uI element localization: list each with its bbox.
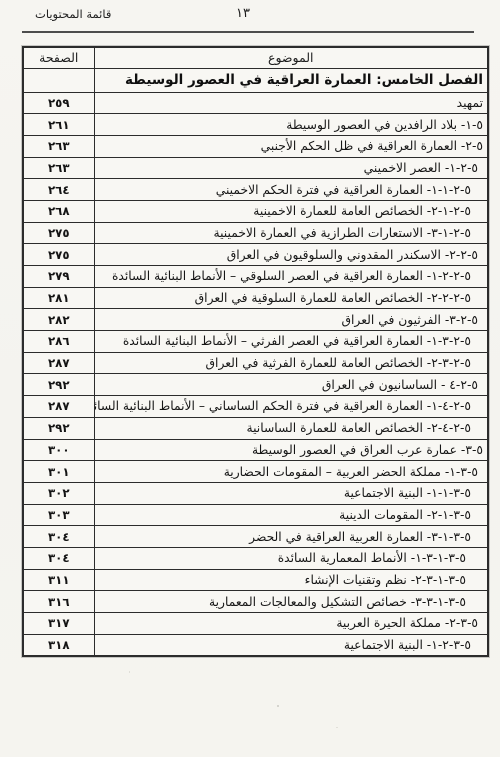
toc-entry-page: ٣١٧	[23, 613, 94, 635]
toc-entry-title: ٥-٣- عمارة عرب العراق في العصور الوسيطة	[94, 439, 488, 461]
toc-entry-page: ٣٠٤	[23, 526, 94, 548]
toc-row: ٥-٣- عمارة عرب العراق في العصور الوسيطة …	[23, 439, 488, 461]
scan-speck	[277, 705, 279, 707]
toc-row: ٥-٢-٢-١- العمارة العراقية في العصر السلو…	[23, 266, 488, 288]
running-title: قائمة المحتويات	[35, 7, 111, 21]
toc-row: ٥-٢- العمارة العراقية في ظل الحكم الأجنب…	[23, 135, 488, 157]
chapter-heading: الفصل الخامس: العمارة العراقية في العصور…	[94, 68, 488, 92]
toc-row: ٥-٢-١- العصر الاخميني ٢٦٣	[23, 157, 488, 179]
toc-entry-title: ٥-٣-١-٣- العمارة العربية العراقية في الح…	[94, 526, 488, 548]
toc-entry-page: ٢٦٨	[23, 200, 94, 222]
folio-page-number: ١٣	[236, 6, 250, 21]
toc-entry-page: ٢٧٩	[23, 266, 94, 288]
toc-entry-page: ٢٩٢	[23, 374, 94, 396]
toc-row: ٥-٢-٢- الاسكندر المقدوني والسلوقيون في ا…	[23, 244, 488, 266]
toc-row: ٥-٢-١-٢- الخصائص العامة للعمارة الاخميني…	[23, 200, 488, 222]
page-column-header: الصفحة	[23, 47, 94, 68]
toc-table: الموضوع الصفحة الفصل الخامس: العمارة الع…	[22, 46, 489, 657]
toc-entry-title: ٥-٣-١-٢- المقومات الدينية	[94, 504, 488, 526]
toc-entry-page: ٢٩٢	[23, 417, 94, 439]
toc-entry-title: ٥-٢-١-٣- الاستعارات الطرازية في العمارة …	[94, 222, 488, 244]
toc-entry-title: ٥-٢-٣-١- العمارة العراقية في العصر الفرث…	[94, 331, 488, 353]
toc-row: ٥-٣-١-٣-١- الأنماط المعمارية السائدة ٣٠٤	[23, 547, 488, 569]
toc-entry-title: ٥-٢-٣-٢- الخصائص العامة للعمارة الفرثية …	[94, 352, 488, 374]
toc-entry-page: ٣٠٤	[23, 547, 94, 569]
toc-row: ٥-٢-١-١- العمارة العراقية في فترة الحكم …	[23, 179, 488, 201]
toc-entry-page: ٣١٨	[23, 634, 94, 656]
toc-entry-title: تمهيد	[94, 92, 488, 114]
toc-entry-title: ٥-٣-١-٣-٢- نظم وتقنيات الإنشاء	[94, 569, 488, 591]
toc-row: ٥-٢-٤ - الساسانيون في العراق ٢٩٢	[23, 374, 488, 396]
toc-entry-page: ٢٧٥	[23, 244, 94, 266]
subject-column-header: الموضوع	[94, 47, 488, 68]
toc-entry-page: ٣١١	[23, 569, 94, 591]
toc-entry-title: ٥-٢-٢- الاسكندر المقدوني والسلوقيون في ا…	[94, 244, 488, 266]
toc-entry-page: ٢٨١	[23, 287, 94, 309]
toc-row: ٥-١- بلاد الرافدين في العصور الوسيطة ٢٦١	[23, 114, 488, 136]
toc-entry-page: ٢٦١	[23, 114, 94, 136]
toc-entry-page: ٣٠٣	[23, 504, 94, 526]
toc-entry-page: ٢٦٣	[23, 157, 94, 179]
toc-entry-title: ٥-٢-١-١- العمارة العراقية في فترة الحكم …	[94, 179, 488, 201]
toc-entry-title: ٥-٢- العمارة العراقية في ظل الحكم الأجنب…	[94, 135, 488, 157]
toc-row: ٥-٣-١-٣- العمارة العربية العراقية في الح…	[23, 526, 488, 548]
toc-row: ٥-٣-١-٢- المقومات الدينية ٣٠٣	[23, 504, 488, 526]
toc-row: ٥-٣-١-٣-٢- نظم وتقنيات الإنشاء ٣١١	[23, 569, 488, 591]
toc-entry-title: ٥-٢-٤-٢- الخصائص العامة للعمارة الساساني…	[94, 417, 488, 439]
toc-entry-title: ٥-٢-٤ - الساسانيون في العراق	[94, 374, 488, 396]
toc-row: ٥-٢-٤-١- العمارة العراقية في فترة الحكم …	[23, 396, 488, 418]
toc-entry-page: ٢٥٩	[23, 92, 94, 114]
scan-speck	[336, 727, 338, 728]
toc-row: ٥-٢-٢-٢- الخصائص العامة للعمارة السلوقية…	[23, 287, 488, 309]
toc-entry-page: ٢٨٧	[23, 396, 94, 418]
toc-entry-page: ٢٨٧	[23, 352, 94, 374]
scanned-document-page: ١٣ قائمة المحتويات الموضوع الصفحة الفصل …	[0, 0, 500, 757]
toc-row: ٥-٢-٤-٢- الخصائص العامة للعمارة الساساني…	[23, 417, 488, 439]
toc-row: ٥-٣-١- مملكة الحضر العربية – المقومات ال…	[23, 461, 488, 483]
toc-entry-title: ٥-٣-٢- مملكة الحيرة العربية	[94, 613, 488, 635]
toc-entry-page: ٢٦٤	[23, 179, 94, 201]
toc-entry-title: ٥-٣-١-١- البنية الاجتماعية	[94, 482, 488, 504]
toc-row: ٥-٣-٢- مملكة الحيرة العربية ٣١٧	[23, 613, 488, 635]
toc-entry-page: ٣١٦	[23, 591, 94, 613]
toc-entry-page: ٢٦٣	[23, 135, 94, 157]
toc-entry-page: ٣٠٠	[23, 439, 94, 461]
toc-entry-title: ٥-٣-١- مملكة الحضر العربية – المقومات ال…	[94, 461, 488, 483]
toc-entry-title: ٥-٣-١-٣-١- الأنماط المعمارية السائدة	[94, 547, 488, 569]
toc-row: ٥-٣-١-١- البنية الاجتماعية ٣٠٢	[23, 482, 488, 504]
toc-entry-title: ٥-٢-٤-١- العمارة العراقية في فترة الحكم …	[94, 396, 488, 418]
toc-row: تمهيد ٢٥٩	[23, 92, 488, 114]
toc-entry-title: ٥-٣-٢-١- البنية الاجتماعية	[94, 634, 488, 656]
toc-entry-title: ٥-١- بلاد الرافدين في العصور الوسيطة	[94, 114, 488, 136]
toc-row: ٥-٢-٣-٢- الخصائص العامة للعمارة الفرثية …	[23, 352, 488, 374]
toc-entry-title: ٥-٢-٣- الفرثيون في العراق	[94, 309, 488, 331]
toc-entry-page: ٣٠١	[23, 461, 94, 483]
toc-entry-title: ٥-٣-١-٣-٣- خصائص التشكيل والمعالجات المع…	[94, 591, 488, 613]
toc-entry-page: ٣٠٢	[23, 482, 94, 504]
toc-row: ٥-٣-١-٣-٣- خصائص التشكيل والمعالجات المع…	[23, 591, 488, 613]
toc-row: ٥-٢-٣-١- العمارة العراقية في العصر الفرث…	[23, 331, 488, 353]
header-rule	[22, 31, 474, 33]
toc-row: ٥-٢-٣- الفرثيون في العراق ٢٨٢	[23, 309, 488, 331]
toc-header-row: الموضوع الصفحة	[23, 47, 488, 68]
toc-entry-page: ٢٧٥	[23, 222, 94, 244]
scan-speck	[129, 671, 130, 673]
chapter-page-cell-empty	[23, 68, 94, 92]
toc-rows: تمهيد ٢٥٩ ٥-١- بلاد الرافدين في العصور ا…	[23, 92, 488, 656]
toc-entry-page: ٢٨٦	[23, 331, 94, 353]
toc-entry-title: ٥-٢-٢-١- العمارة العراقية في العصر السلو…	[94, 266, 488, 288]
toc-entry-title: ٥-٢-٢-٢- الخصائص العامة للعمارة السلوقية…	[94, 287, 488, 309]
toc-row: ٥-٣-٢-١- البنية الاجتماعية ٣١٨	[23, 634, 488, 656]
toc-row: ٥-٢-١-٣- الاستعارات الطرازية في العمارة …	[23, 222, 488, 244]
toc-entry-page: ٢٨٢	[23, 309, 94, 331]
toc-entry-title: ٥-٢-١- العصر الاخميني	[94, 157, 488, 179]
toc-entry-title: ٥-٢-١-٢- الخصائص العامة للعمارة الاخميني…	[94, 200, 488, 222]
chapter-row: الفصل الخامس: العمارة العراقية في العصور…	[23, 68, 488, 92]
